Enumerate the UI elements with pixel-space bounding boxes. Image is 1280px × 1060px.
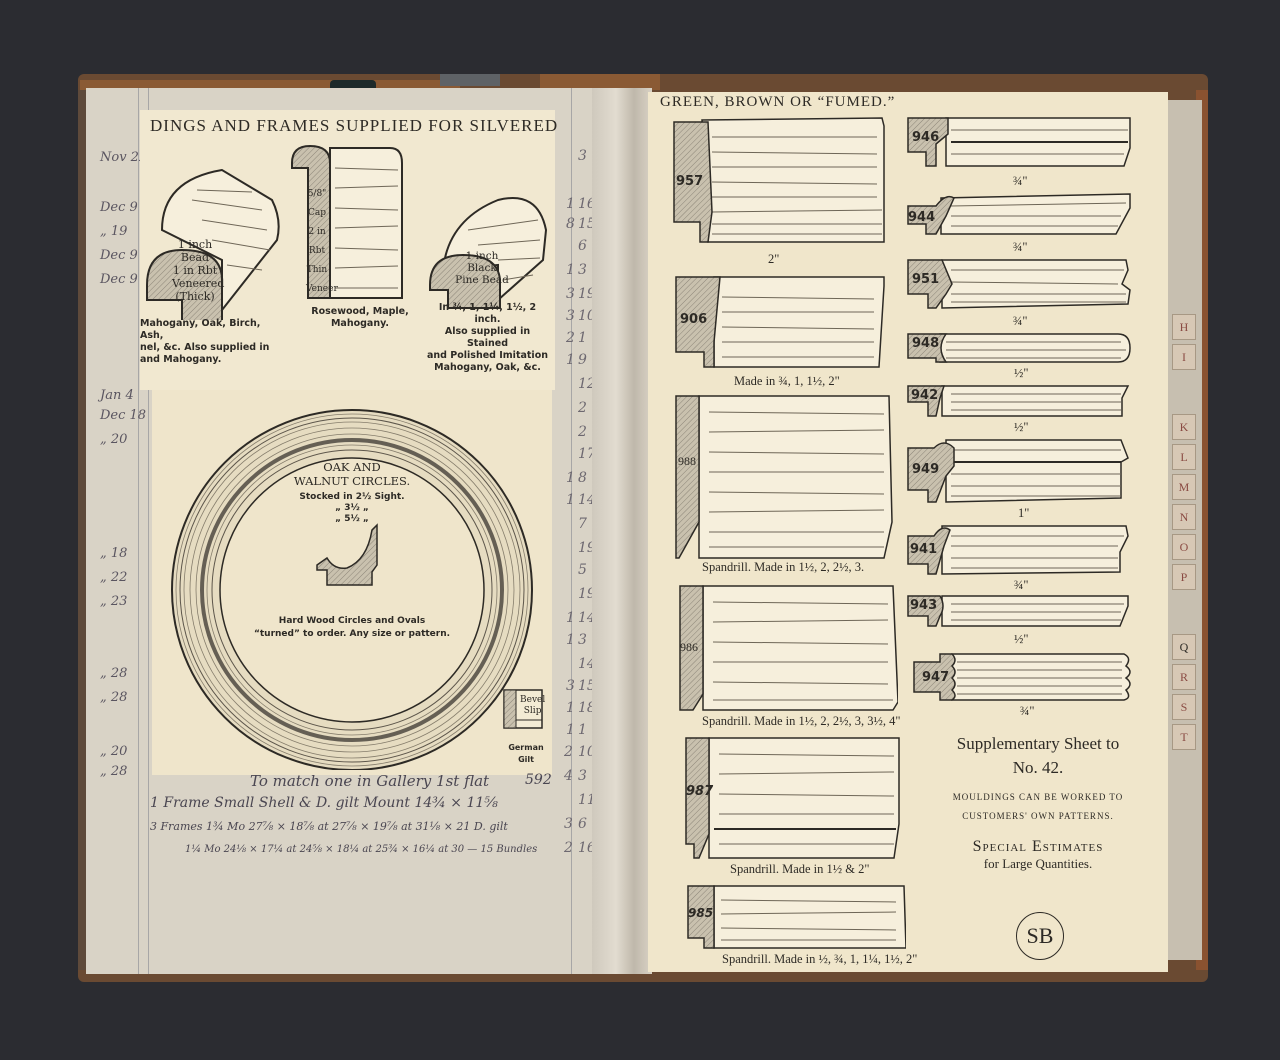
amount: 1 bbox=[566, 700, 575, 716]
ledger-date: „ 28 bbox=[100, 690, 127, 705]
patterns-note: CUSTOMERS' OWN PATTERNS. bbox=[928, 807, 1148, 826]
ledger-date: „ 20 bbox=[100, 432, 127, 447]
moulding-988-illustration bbox=[674, 392, 894, 562]
ledger-date: „ 18 bbox=[100, 546, 127, 561]
moulding-number: 951 bbox=[912, 272, 939, 287]
german-gilt-caption: German Gilt bbox=[500, 742, 552, 766]
moulding-985-illustration bbox=[686, 882, 906, 952]
index-tab[interactable]: T bbox=[1172, 724, 1196, 750]
amount: 1 bbox=[566, 352, 575, 368]
amount: 2 bbox=[564, 840, 573, 856]
index-tab[interactable]: Q bbox=[1172, 634, 1196, 660]
moulding-number: 944 bbox=[908, 210, 935, 225]
amount: 3 bbox=[566, 286, 575, 302]
ledger-date: „ 28 bbox=[100, 666, 127, 681]
amount: 7 bbox=[578, 516, 587, 532]
amount: 3 bbox=[578, 632, 587, 648]
ledger-date: Dec 9 bbox=[100, 272, 138, 287]
moulding-number: 906 bbox=[680, 312, 707, 327]
moulding-caption: 2" bbox=[768, 252, 779, 267]
estimates-heading: Special Estimates bbox=[928, 838, 1148, 856]
amount: 9 bbox=[578, 352, 587, 368]
moulding-caption: Spandrill. Made in ½, ¾, 1, 1¼, 1½, 2" bbox=[722, 952, 917, 967]
moulding-number: 946 bbox=[912, 130, 939, 145]
moulding-number: 987 bbox=[686, 784, 713, 799]
amount: 6 bbox=[578, 238, 587, 254]
moulding-949-illustration bbox=[906, 436, 1136, 508]
moulding-caption: ¾" bbox=[1013, 174, 1027, 189]
moulding-951-illustration bbox=[906, 254, 1136, 312]
index-tab[interactable]: H bbox=[1172, 314, 1196, 340]
amount: 2 bbox=[578, 400, 587, 416]
amount: 3 bbox=[566, 308, 575, 324]
moulding-caption: ¾" bbox=[1013, 314, 1027, 329]
amount: 2 bbox=[564, 744, 573, 760]
moulding-caption: Spandrill. Made in 1½, 2, 2½, 3. bbox=[702, 560, 864, 575]
profile-caption: Mahogany, Oak, Birch, Ash, nel, &c. Also… bbox=[140, 318, 275, 366]
index-tab[interactable]: N bbox=[1172, 504, 1196, 530]
amount: 1 bbox=[578, 722, 587, 738]
amount: 1 bbox=[566, 262, 575, 278]
ledger-date: „ 20 bbox=[100, 744, 127, 759]
amount: 1 bbox=[566, 470, 575, 486]
ledger-date: Dec 18 bbox=[100, 408, 146, 423]
moulding-caption: ½" bbox=[1014, 632, 1028, 647]
moulding-986-illustration bbox=[678, 582, 898, 712]
circles-title: OAK AND WALNUT CIRCLES. bbox=[152, 460, 552, 488]
amount: 8 bbox=[578, 470, 587, 486]
profile-label: 1 inch Black Pine Bead bbox=[452, 250, 512, 286]
moulding-987-illustration bbox=[684, 734, 904, 862]
amount: 3 bbox=[578, 768, 587, 784]
amount: 8 bbox=[566, 216, 575, 232]
profile-caption: Rosewood, Maple, Mahogany. bbox=[305, 306, 415, 330]
circles-stocked-sizes: Stocked in 2½ Sight. „ 3½ „ „ 5½ „ bbox=[152, 492, 552, 525]
amount: 3 bbox=[578, 262, 587, 278]
moulding-caption: 1" bbox=[1018, 506, 1029, 521]
catalog-clipping-mouldings: DINGS AND FRAMES SUPPLIED FOR SILVERED 1… bbox=[140, 110, 555, 390]
moulding-number: 942 bbox=[911, 388, 938, 403]
ledger-date: Dec 9 bbox=[100, 248, 138, 263]
index-tab[interactable]: P bbox=[1172, 564, 1196, 590]
moulding-caption: Made in ¾, 1, 1½, 2" bbox=[734, 374, 840, 389]
ledger-date: Jan 4 bbox=[100, 388, 134, 403]
patterns-note: MOULDINGS CAN BE WORKED TO bbox=[928, 788, 1148, 807]
estimates-subheading: for Large Quantities. bbox=[928, 856, 1148, 872]
ledger-date: „ 28 bbox=[100, 764, 127, 779]
moulding-number: 941 bbox=[910, 542, 937, 557]
amount: 5 bbox=[578, 562, 587, 578]
ledger-total: 592 bbox=[525, 772, 552, 788]
moulding-941-illustration bbox=[906, 522, 1136, 578]
moulding-942-illustration bbox=[906, 382, 1136, 422]
index-tab[interactable]: K bbox=[1172, 414, 1196, 440]
moulding-957-illustration bbox=[672, 112, 892, 247]
moulding-caption: ¾" bbox=[1014, 578, 1028, 593]
moulding-number: 988 bbox=[678, 454, 696, 469]
index-tab[interactable]: S bbox=[1172, 694, 1196, 720]
circles-note: Hard Wood Circles and Ovals “turned” to … bbox=[152, 615, 552, 641]
moulding-number: 948 bbox=[912, 336, 939, 351]
bevel-slip-label: Bevel Slip bbox=[520, 695, 545, 717]
book-gutter bbox=[592, 88, 652, 974]
profile-caption: In ¾, 1, 1¼, 1½, 2 inch. Also supplied i… bbox=[425, 302, 550, 374]
moulding-943-illustration bbox=[906, 592, 1136, 632]
catalog-number: No. 42. bbox=[928, 756, 1148, 780]
handwritten-entry: 3 Frames 1¾ Mo 27⅞ × 18⅞ at 27⅞ × 19⅞ at… bbox=[150, 820, 508, 833]
index-tab[interactable]: L bbox=[1172, 444, 1196, 470]
amount: 1 bbox=[566, 196, 575, 212]
amount: 4 bbox=[564, 768, 573, 784]
ledger-date: „ 23 bbox=[100, 594, 127, 609]
ledger-date: Dec 9 bbox=[100, 200, 138, 215]
amount: 2 bbox=[578, 424, 587, 440]
amount: 1 bbox=[566, 722, 575, 738]
amount: 1 bbox=[566, 632, 575, 648]
index-tab[interactable]: R bbox=[1172, 664, 1196, 690]
oak-walnut-circle-frame bbox=[162, 390, 542, 770]
moulding-number: 943 bbox=[910, 598, 937, 613]
handwritten-entry: To match one in Gallery 1st flat bbox=[250, 772, 489, 790]
index-tab[interactable]: M bbox=[1172, 474, 1196, 500]
moulding-number: 986 bbox=[680, 640, 698, 655]
amount: 3 bbox=[564, 816, 573, 832]
moulding-caption: Spandrill. Made in 1½ & 2" bbox=[730, 862, 869, 877]
amount: 1 bbox=[566, 492, 575, 508]
moulding-caption: ¾" bbox=[1013, 240, 1027, 255]
amount: 6 bbox=[578, 816, 587, 832]
page-header: GREEN, BROWN OR “FUMED.” bbox=[660, 94, 895, 111]
amount: 2 bbox=[566, 330, 575, 346]
moulding-944-illustration bbox=[906, 188, 1136, 238]
moulding-946-illustration bbox=[906, 114, 1136, 170]
ledger-date: „ 22 bbox=[100, 570, 127, 585]
moulding-caption: ½" bbox=[1014, 420, 1028, 435]
moulding-caption: ½" bbox=[1014, 366, 1028, 381]
profile-label: 1 inch Bead 1 in Rbt Veneered (Thick) bbox=[172, 238, 218, 303]
amount: 3 bbox=[566, 678, 575, 694]
amount: 1 bbox=[566, 610, 575, 626]
moulding-caption: Spandrill. Made in 1½, 2, 2½, 3, 3½, 4" bbox=[702, 714, 901, 729]
clipping-header: DINGS AND FRAMES SUPPLIED FOR SILVERED bbox=[150, 116, 558, 136]
catalog-page-mouldings: GREEN, BROWN OR “FUMED.” 957 2" 906 Made… bbox=[648, 92, 1168, 972]
supplementary-title: Supplementary Sheet to bbox=[928, 732, 1148, 756]
spine-strip bbox=[440, 74, 500, 86]
handwritten-entry: 1 Frame Small Shell & D. gilt Mount 14¾ … bbox=[150, 795, 498, 811]
moulding-number: 949 bbox=[912, 462, 939, 477]
handwritten-entry: 1¼ Mo 24⅛ × 17¼ at 24⅝ × 18¼ at 25¾ × 16… bbox=[185, 844, 537, 855]
amount: 1 bbox=[578, 330, 587, 346]
index-tab[interactable]: I bbox=[1172, 344, 1196, 370]
profile-label: 5/8" Cap 2 in Rbt Thin Veneer bbox=[306, 185, 328, 299]
amount: 3 bbox=[578, 148, 587, 164]
moulding-number: 985 bbox=[688, 906, 713, 920]
alphabet-index-tabs: H I K L M N O P Q R S T bbox=[1168, 100, 1202, 960]
catalog-clipping-circles: OAK AND WALNUT CIRCLES. Stocked in 2½ Si… bbox=[152, 390, 552, 775]
moulding-948-illustration bbox=[906, 330, 1136, 366]
moulding-number: 947 bbox=[922, 670, 949, 685]
moulding-caption: ¾" bbox=[1020, 704, 1034, 719]
sb-monogram-logo: SB bbox=[1016, 912, 1064, 960]
moulding-number: 957 bbox=[676, 174, 703, 189]
ledger-date: „ 19 bbox=[100, 224, 127, 239]
supplementary-notice: Supplementary Sheet to No. 42. MOULDINGS… bbox=[928, 732, 1148, 872]
index-tab[interactable]: O bbox=[1172, 534, 1196, 560]
